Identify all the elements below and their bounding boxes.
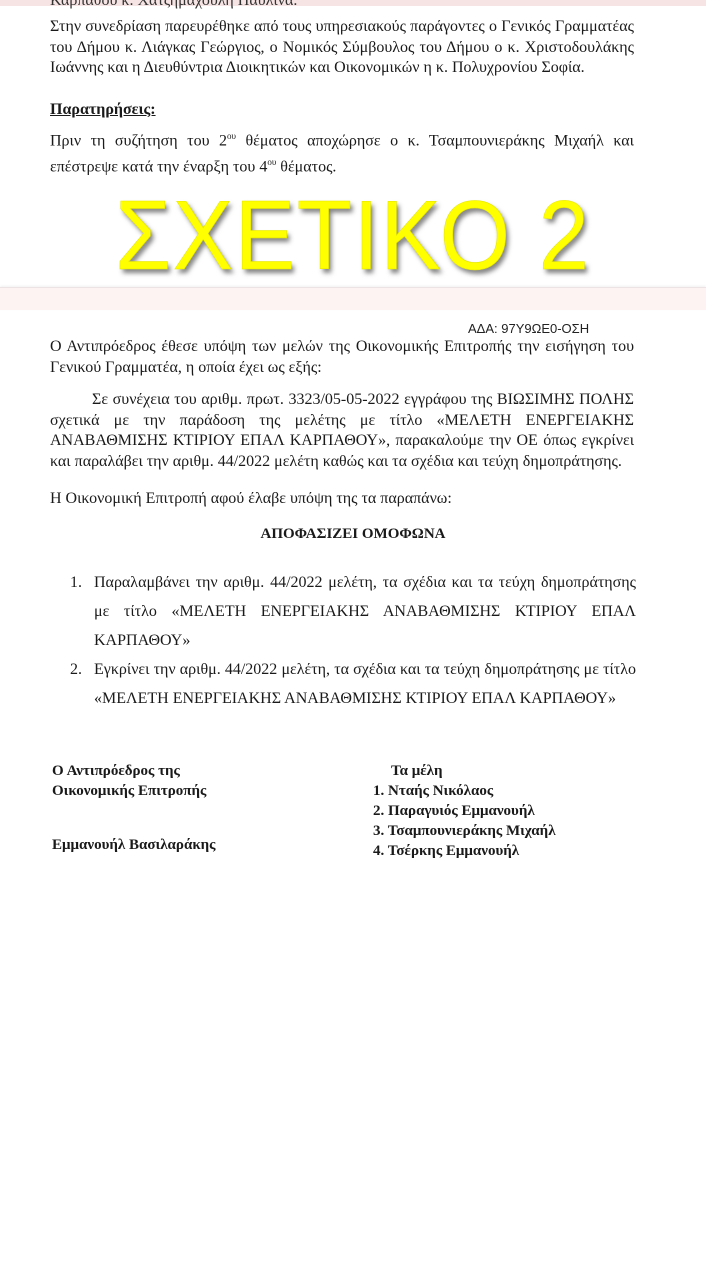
ada-code: ΑΔΑ: 97Υ9ΩΕ0-ΟΣΗ <box>468 321 589 336</box>
vice-president-title-line-2: Οικονομικής Επιτροπής <box>52 781 206 801</box>
remarks-paragraph: Πριν τη συζήτηση του 2ου θέματος αποχώρη… <box>50 126 634 178</box>
member-item: 4. Τσέρκης Εμμανουήλ <box>373 841 556 861</box>
signature-members: Τα μέλη 1. Νταής Νικόλαος 2. Παραγυιός Ε… <box>373 761 556 861</box>
attendance-paragraph: Στην συνεδρίαση παρευρέθηκε από τους υπη… <box>50 17 634 79</box>
superscript-ou-1: ου <box>227 131 236 141</box>
proposal-paragraph: Σε συνέχεια του αριθμ. πρωτ. 3323/05-05-… <box>50 390 634 472</box>
decision-number: 1. <box>70 568 82 597</box>
signature-vice-president: Ο Αντιπρόεδρος της Οικονομικής Επιτροπής <box>52 761 206 801</box>
intro-paragraph: Ο Αντιπρόεδρος έθεσε υπόψη των μελών της… <box>50 337 634 378</box>
decision-item: 1. Παραλαμβάνει την αριθμ. 44/2022 μελέτ… <box>70 568 636 655</box>
vice-president-title-line-1: Ο Αντιπρόεδρος της <box>52 761 206 781</box>
superscript-ou-2: ου <box>267 157 276 167</box>
committee-paragraph: Η Οικονομική Επιτροπή αφού έλαβε υπόψη τ… <box>50 489 634 510</box>
decision-list: 1. Παραλαμβάνει την αριθμ. 44/2022 μελέτ… <box>70 568 636 713</box>
decision-text: Εγκρίνει την αριθμ. 44/2022 μελέτη, τα σ… <box>94 661 636 707</box>
page-divider <box>0 287 706 310</box>
decision-item: 2. Εγκρίνει την αριθμ. 44/2022 μελέτη, τ… <box>70 655 636 713</box>
remarks-heading: Παρατηρήσεις: <box>50 101 156 119</box>
overlay-title-related-2: ΣΧΕΤΙΚΟ 2 <box>28 186 678 284</box>
remarks-text-3: θέματος. <box>276 158 336 175</box>
decision-heading: ΑΠΟΦΑΣΙΖΕΙ ΟΜΟΦΩΝΑ <box>0 526 706 543</box>
member-item: 1. Νταής Νικόλαος <box>373 781 556 801</box>
members-title: Τα μέλη <box>373 761 556 781</box>
vice-president-name: Εμμανουήλ Βασιλαράκης <box>52 837 216 854</box>
remarks-text-1: Πριν τη συζήτηση του 2 <box>50 132 227 149</box>
cut-off-text-line: Καρπάθου κ. Χατζημαχούλη Παυλίνα. <box>50 0 297 10</box>
member-item: 2. Παραγυιός Εμμανουήλ <box>373 801 556 821</box>
decision-text: Παραλαμβάνει την αριθμ. 44/2022 μελέτη, … <box>94 574 636 649</box>
member-item: 3. Τσαμπουνιεράκης Μιχαήλ <box>373 821 556 841</box>
decision-number: 2. <box>70 655 82 684</box>
